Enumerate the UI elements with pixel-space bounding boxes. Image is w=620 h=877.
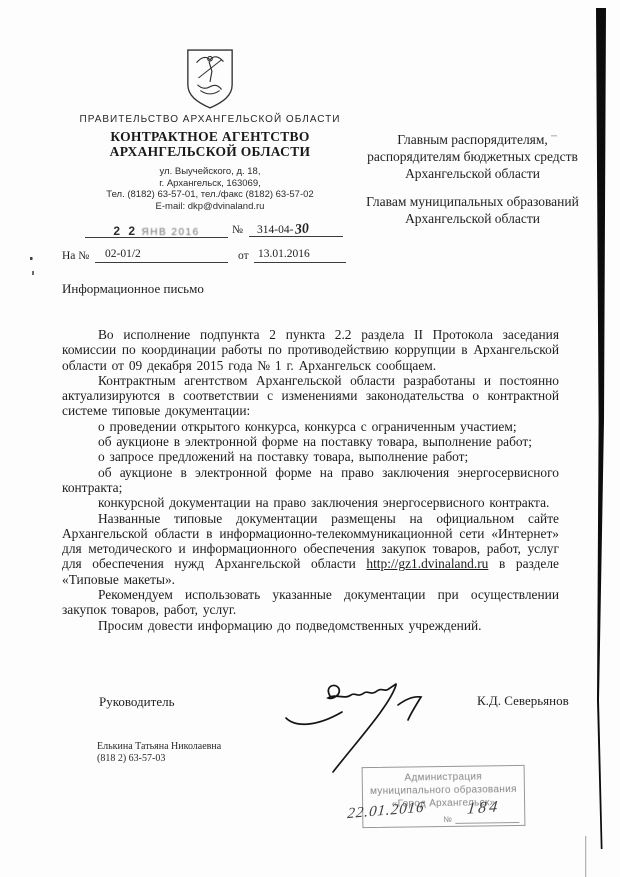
- document-page: ПРАВИТЕЛЬСТВО АРХАНГЕЛЬСКОЙ ОБЛАСТИ КОНТ…: [0, 0, 620, 877]
- scan-edge-artifact: [0, 0, 620, 877]
